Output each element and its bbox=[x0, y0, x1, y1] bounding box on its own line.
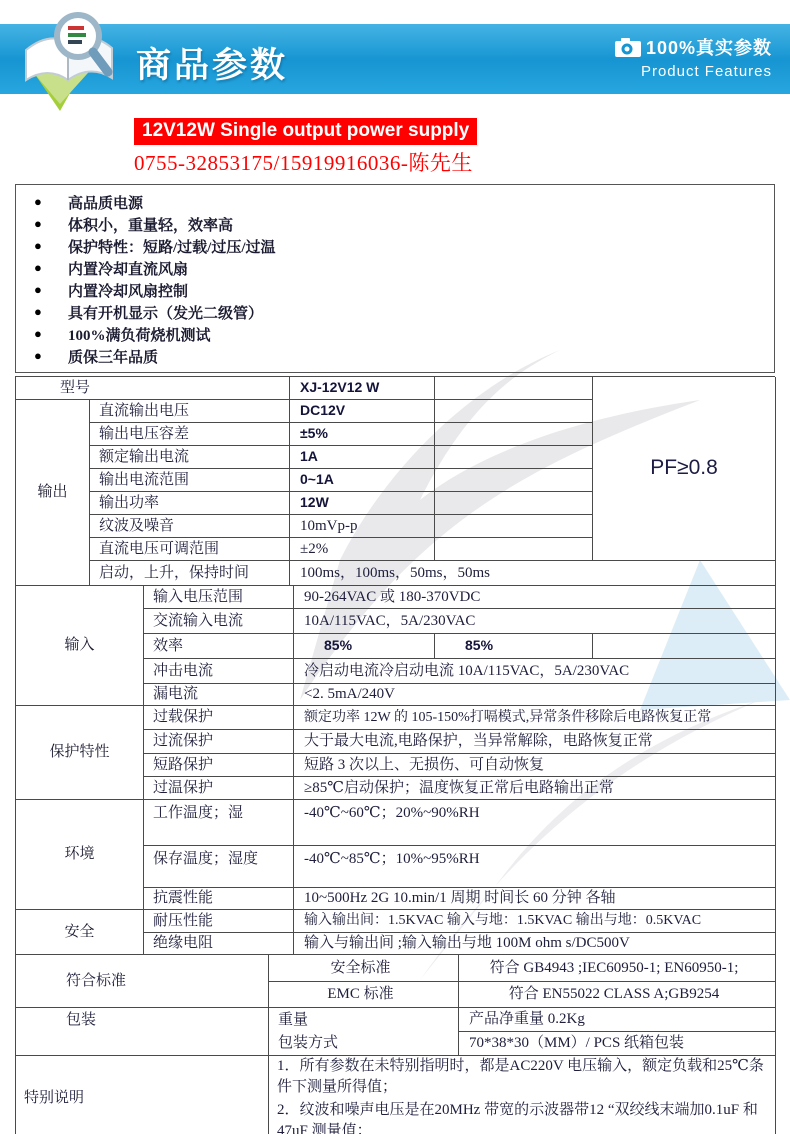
row-label: 直流输出电压 bbox=[90, 400, 290, 423]
section-special-notes: 特别说明 1．所有参数在未特别指明时，都是AC220V 电压输入，额定负载和25… bbox=[16, 1056, 775, 1134]
section-model-output: 型号 XJ-12V12 W PF≥0.8 输出 直流输出电压 DC12V 输出电… bbox=[16, 377, 775, 586]
row-value: -40℃~60℃；20%~90%RH bbox=[294, 800, 776, 846]
row-label: 漏电流 bbox=[144, 684, 294, 706]
row-value: 12W bbox=[290, 492, 435, 515]
camera-icon bbox=[615, 37, 641, 57]
row-label: 抗震性能 bbox=[144, 888, 294, 910]
product-parameters-page: 商品参数 100%真实参数 Product Features 12V12W Si… bbox=[0, 0, 790, 1134]
row-value: 90-264VAC 或 180-370VDC bbox=[294, 586, 776, 609]
banner-badge: 100%真实参数 Product Features bbox=[615, 34, 772, 80]
empty-cell bbox=[435, 423, 593, 446]
row-label: 启动，上升，保持时间 bbox=[90, 561, 290, 586]
row-value: <2. 5mA/240V bbox=[294, 684, 776, 706]
contact-phone: 0755-32853175/15919916036-陈先生 bbox=[134, 147, 790, 177]
row-value: -40℃~85℃；10%~95%RH bbox=[294, 846, 776, 888]
row-label: 输出电流范围 bbox=[90, 469, 290, 492]
bullet-icon: ● bbox=[34, 348, 68, 364]
row-label: 耐压性能 bbox=[144, 910, 294, 933]
model-value: XJ-12V12 W bbox=[290, 377, 435, 400]
feature-item: ●质保三年品质 bbox=[34, 345, 774, 367]
empty-cell bbox=[593, 634, 776, 659]
row-value: 额定功率 12W 的 105-150%打嗝模式,异常条件移除后电路恢复正常 bbox=[294, 706, 776, 730]
row-value: 符合 EN55022 CLASS A;GB9254 bbox=[459, 982, 776, 1008]
row-label: 绝缘电阻 bbox=[144, 933, 294, 955]
section-label-special: 特别说明 bbox=[16, 1056, 269, 1134]
row-value: 10A/115VAC，5A/230VAC bbox=[294, 609, 776, 634]
row-label: 安全标准 bbox=[269, 955, 459, 982]
empty-cell bbox=[435, 400, 593, 423]
row-value: 大于最大电流,电路保护，当异常解除，电路恢复正常 bbox=[294, 730, 776, 754]
empty-cell bbox=[435, 492, 593, 515]
row-label: 工作温度；湿 bbox=[144, 800, 294, 846]
row-value: 符合 GB4943 ;IEC60950-1; EN60950-1; bbox=[459, 955, 776, 982]
bullet-icon: ● bbox=[34, 216, 68, 232]
feature-item: ●具有开机显示（发光二级管） bbox=[34, 301, 774, 323]
row-label: 交流输入电流 bbox=[144, 609, 294, 634]
section-protection: 保护特性 过载保护 额定功率 12W 的 105-150%打嗝模式,异常条件移除… bbox=[16, 706, 775, 800]
section-label-environment: 环境 bbox=[16, 800, 144, 910]
row-label: 效率 bbox=[144, 634, 294, 659]
row-label: 输出功率 bbox=[90, 492, 290, 515]
row-value: 0~1A bbox=[290, 469, 435, 492]
special-note-1: 1．所有参数在未特别指明时，都是AC220V 电压输入，额定负载和25℃条件下测… bbox=[277, 1056, 767, 1098]
row-label: 过载保护 bbox=[144, 706, 294, 730]
feature-item: ●内置冷却直流风扇 bbox=[34, 257, 774, 279]
spec-table: 型号 XJ-12V12 W PF≥0.8 输出 直流输出电压 DC12V 输出电… bbox=[15, 376, 775, 1134]
row-value: ≥85℃启动保护；温度恢复正常后电路输出正常 bbox=[294, 777, 776, 800]
section-label-output: 输出 bbox=[16, 400, 90, 586]
pf-note: PF≥0.8 bbox=[593, 377, 776, 561]
empty-cell bbox=[435, 469, 593, 492]
bullet-icon: ● bbox=[34, 282, 68, 298]
empty-cell bbox=[435, 377, 593, 400]
row-value: ±2% bbox=[290, 538, 435, 561]
row-value: DC12V bbox=[290, 400, 435, 423]
badge-text-en: Product Features bbox=[615, 63, 772, 80]
row-label: 输入电压范围 bbox=[144, 586, 294, 609]
section-label-safety: 安全 bbox=[16, 910, 144, 955]
header-banner: 商品参数 100%真实参数 Product Features bbox=[0, 24, 790, 94]
row-label: 过流保护 bbox=[144, 730, 294, 754]
feature-item: ●内置冷却风扇控制 bbox=[34, 279, 774, 301]
row-label: 过温保护 bbox=[144, 777, 294, 800]
feature-item: ●高品质电源 bbox=[34, 191, 774, 213]
section-safety: 安全 耐压性能 输入输出间：1.5KVAC 输入与地：1.5KVAC 输出与地：… bbox=[16, 910, 775, 955]
feature-item: ●100%满负荷烧机测试 bbox=[34, 323, 774, 345]
section-packing: 包装 重量 产品净重量 0.2Kg 包装方式 70*38*30（MM）/ PCS… bbox=[16, 1008, 775, 1056]
empty-cell bbox=[435, 538, 593, 561]
row-value: 产品净重量 0.2Kg bbox=[459, 1008, 776, 1032]
row-value: 1A bbox=[290, 446, 435, 469]
row-label: 重量 bbox=[269, 1008, 459, 1032]
empty-cell bbox=[435, 515, 593, 538]
bullet-icon: ● bbox=[34, 260, 68, 276]
feature-list: ●高品质电源 ●体积小，重量轻，效率高 ●保护特性：短路/过载/过压/过温 ●内… bbox=[15, 184, 775, 373]
row-value: 冷启动电流冷启动电流 10A/115VAC，5A/230VAC bbox=[294, 659, 776, 684]
product-head: 12V12W Single output power supply 0755-3… bbox=[134, 118, 790, 177]
row-label: 直流电压可调范围 bbox=[90, 538, 290, 561]
row-label: 额定输出电流 bbox=[90, 446, 290, 469]
row-label: 包装方式 bbox=[269, 1032, 459, 1056]
feature-item: ●保护特性：短路/过载/过压/过温 bbox=[34, 235, 774, 257]
section-label-protection: 保护特性 bbox=[16, 706, 144, 800]
row-label: 保存温度；湿度 bbox=[144, 846, 294, 888]
row-label: 冲击电流 bbox=[144, 659, 294, 684]
bullet-icon: ● bbox=[34, 304, 68, 320]
row-label: EMC 标准 bbox=[269, 982, 459, 1008]
row-value: 输入输出间：1.5KVAC 输入与地：1.5KVAC 输出与地：0.5KVAC bbox=[294, 910, 776, 933]
efficiency-value-2: 85% bbox=[435, 634, 593, 659]
bullet-icon: ● bbox=[34, 238, 68, 254]
bullet-icon: ● bbox=[34, 194, 68, 210]
model-label: 型号 bbox=[16, 377, 290, 400]
feature-item: ●体积小，重量轻，效率高 bbox=[34, 213, 774, 235]
section-input: 输入 输入电压范围 90-264VAC 或 180-370VDC 交流输入电流 … bbox=[16, 586, 775, 706]
section-environment: 环境 工作温度；湿 -40℃~60℃；20%~90%RH 保存温度；湿度 -40… bbox=[16, 800, 775, 910]
bullet-icon: ● bbox=[34, 326, 68, 342]
efficiency-value-1: 85% bbox=[294, 634, 435, 659]
special-notes: 1．所有参数在未特别指明时，都是AC220V 电压输入，额定负载和25℃条件下测… bbox=[269, 1056, 776, 1134]
row-value: 100ms，100ms，50ms，50ms bbox=[290, 561, 776, 586]
book-magnifier-icon bbox=[14, 8, 126, 114]
section-label-standards: 符合标准 bbox=[16, 955, 269, 1008]
row-label: 输出电压容差 bbox=[90, 423, 290, 446]
section-label-packing: 包装 bbox=[16, 1008, 269, 1056]
section-label-input: 输入 bbox=[16, 586, 144, 706]
empty-cell bbox=[435, 446, 593, 469]
section-standards: 符合标准 安全标准 符合 GB4943 ;IEC60950-1; EN60950… bbox=[16, 955, 775, 1008]
product-title: 12V12W Single output power supply bbox=[134, 118, 477, 145]
row-value: 10mVp-p bbox=[290, 515, 435, 538]
special-note-2: 2．纹波和噪声电压是在20MHz 带宽的示波器带12 “双绞线末端加0.1uF … bbox=[277, 1100, 767, 1134]
row-value: 70*38*30（MM）/ PCS 纸箱包装 bbox=[459, 1032, 776, 1056]
row-label: 纹波及噪音 bbox=[90, 515, 290, 538]
page-title: 商品参数 bbox=[136, 38, 288, 88]
row-value: 短路 3 次以上、无损伤、可自动恢复 bbox=[294, 754, 776, 777]
badge-text-cn: 100%真实参数 bbox=[646, 34, 772, 60]
row-label: 短路保护 bbox=[144, 754, 294, 777]
row-value: 10~500Hz 2G 10.min/1 周期 时间长 60 分钟 各轴 bbox=[294, 888, 776, 910]
row-value: 输入与输出间 ;输入输出与地 100M ohm s/DC500V bbox=[294, 933, 776, 955]
row-value: ±5% bbox=[290, 423, 435, 446]
